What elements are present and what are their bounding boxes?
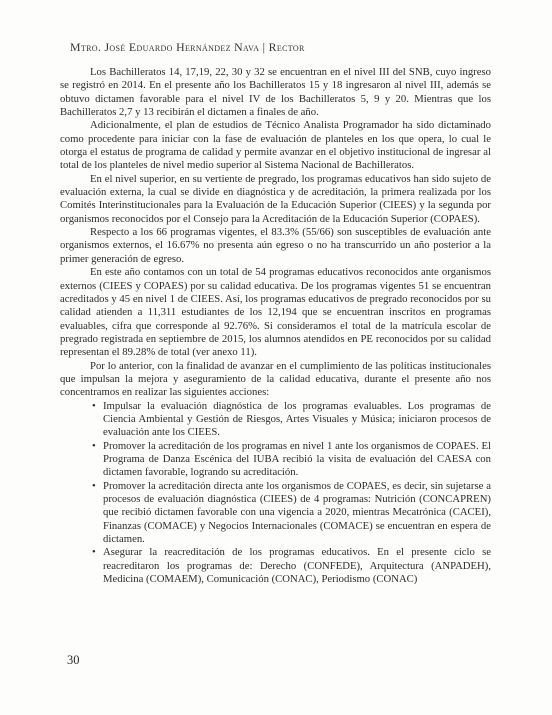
list-item-text: Promover la acreditación de los programa… — [103, 440, 491, 479]
paragraph-acciones-intro: Por lo anterior, con la finalidad de ava… — [60, 360, 491, 400]
bullet-icon: • — [92, 440, 96, 453]
list-item: • Asegurar la reacreditación de los prog… — [93, 546, 491, 586]
paragraph-bachilleratos-snb: Los Bachilleratos 14, 17,19, 22, 30 y 32… — [60, 66, 491, 119]
list-item-text: Impulsar la evaluación diagnóstica de lo… — [103, 400, 491, 439]
list-item: • Promover la acreditación directa ante … — [93, 480, 491, 547]
bullet-icon: • — [92, 400, 96, 413]
page-number: 30 — [67, 653, 80, 668]
list-item: • Impulsar la evaluación diagnóstica de … — [93, 400, 491, 440]
bullet-icon: • — [92, 546, 96, 559]
action-list: • Impulsar la evaluación diagnóstica de … — [93, 400, 491, 587]
list-item-text: Asegurar la reacreditación de los progra… — [103, 546, 491, 585]
paragraph-nivel-superior: En el nivel superior, en su vertiente de… — [60, 173, 491, 226]
paragraph-tecnico-analista: Adicionalmente, el plan de estudios de T… — [60, 119, 491, 172]
list-item: • Promover la acreditación de los progra… — [93, 440, 491, 480]
paragraph-programas-reconocidos: En este año contamos con un total de 54 … — [60, 266, 491, 359]
bullet-icon: • — [92, 480, 96, 493]
list-item-text: Promover la acreditación directa ante lo… — [103, 480, 491, 545]
document-page: Mtro. José Eduardo Hernández Nava | Rect… — [0, 0, 552, 715]
page-header-author-line: Mtro. José Eduardo Hernández Nava | Rect… — [70, 40, 305, 55]
paragraph-programas-vigentes: Respecto a los 66 programas vigentes, el… — [60, 226, 491, 266]
document-body: Los Bachilleratos 14, 17,19, 22, 30 y 32… — [60, 66, 491, 586]
